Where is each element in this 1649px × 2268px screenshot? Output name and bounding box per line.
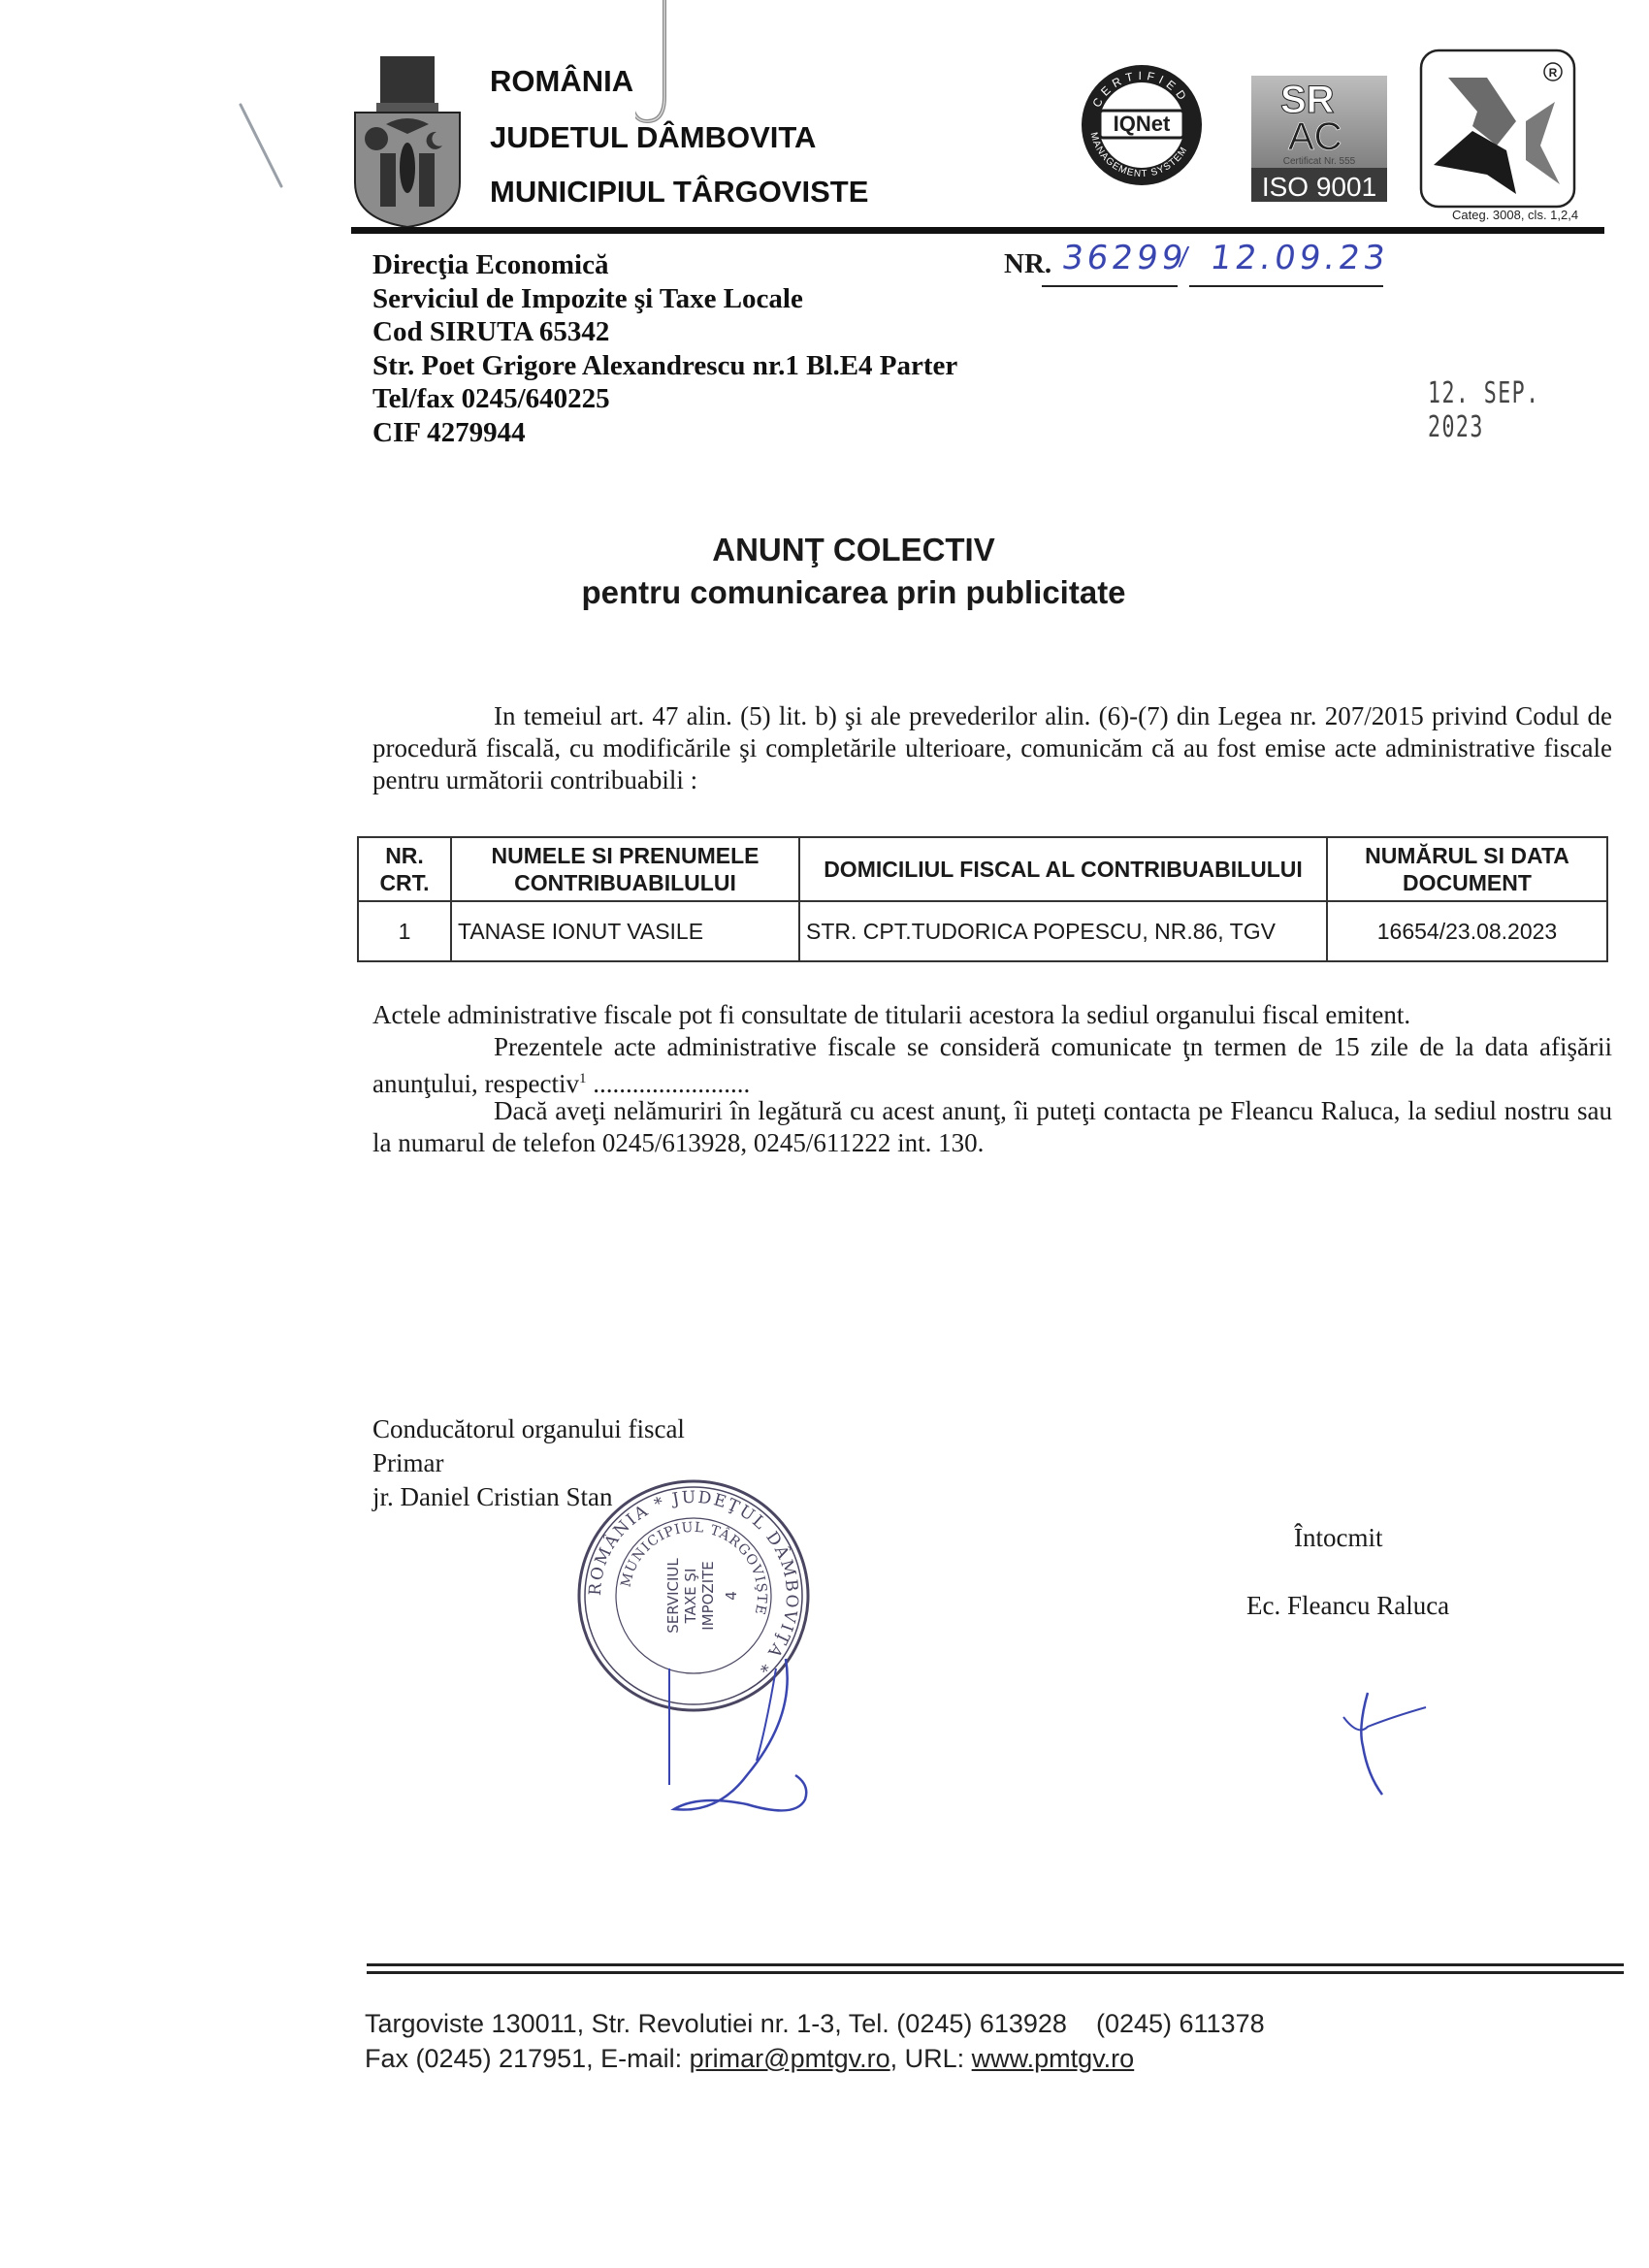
svg-text:R: R — [1549, 66, 1558, 80]
registration-number: 36299 — [1059, 239, 1189, 277]
registration-separator: / — [1178, 243, 1194, 272]
date-stamp: 12. SEP. 2023 — [1428, 376, 1587, 444]
table-header-row: NR. CRT. NUMELE SI PRENUMELE CONTRIBUABI… — [358, 837, 1607, 901]
registration-date: 12.09.23 — [1208, 239, 1391, 277]
coat-of-arms-icon — [351, 47, 464, 229]
srac-iso-9001-logo-icon: SR AC Certificat Nr. 555 ISO 9001 — [1251, 76, 1387, 202]
col-header-address: DOMICILIUL FISCAL AL CONTRIBUABILULUI — [799, 837, 1327, 901]
col-header-document: NUMĂRUL SI DATA DOCUMENT — [1327, 837, 1607, 901]
mayor-signature — [660, 1649, 883, 1843]
header-county: JUDETUL DÂMBOVITA — [490, 120, 816, 155]
svg-text:SERVICIUL: SERVICIUL — [664, 1558, 682, 1634]
preparer-signature — [1339, 1688, 1445, 1804]
svg-text:Certificat Nr. 555: Certificat Nr. 555 — [1283, 156, 1356, 167]
intro-paragraph: In temeiul art. 47 alin. (5) lit. b) şi … — [372, 700, 1612, 796]
category-label: Categ. 3008, cls. 1,2,4 — [1452, 208, 1578, 222]
footer-email-link[interactable]: primar@pmtgv.ro — [690, 2044, 890, 2073]
prepared-by-name: Ec. Fleancu Raluca — [1246, 1591, 1449, 1621]
signatory-role: Conducătorul organului fiscal — [372, 1412, 685, 1446]
footer: Targoviste 130011, Str. Revolutiei nr. 1… — [365, 2006, 1265, 2076]
svg-text:IMPOZITE: IMPOZITE — [699, 1561, 717, 1631]
sender-cif: CIF 4279944 — [372, 416, 957, 450]
footer-rule-bottom — [367, 1971, 1624, 1974]
header-municipality: MUNICIPIUL TÂRGOVISTE — [490, 175, 868, 210]
paperclip-icon — [635, 0, 694, 136]
cell-document: 16654/23.08.2023 — [1327, 901, 1607, 961]
scan-scratch-mark — [233, 97, 291, 194]
footer-url-link[interactable]: www.pmtgv.ro — [972, 2044, 1135, 2073]
document-title: ANUNŢ COLECTIV — [0, 532, 1649, 568]
prepared-by-label: Întocmit — [1294, 1523, 1382, 1553]
col-header-name: NUMELE SI PRENUMELE CONTRIBUABILULUI — [451, 837, 799, 901]
consult-paragraph: Actele administrative fiscale pot fi con… — [372, 999, 1612, 1031]
svg-text:AC: AC — [1288, 115, 1342, 158]
sender-service: Serviciul de Impozite şi Taxe Locale — [372, 282, 957, 316]
footer-contact: Fax (0245) 217951, E-mail: primar@pmtgv.… — [365, 2041, 1265, 2076]
svg-text:TAXE ŞI: TAXE ŞI — [682, 1569, 699, 1625]
svg-text:4: 4 — [723, 1591, 740, 1601]
cell-nr: 1 — [358, 901, 451, 961]
header-rule — [351, 227, 1604, 234]
taxpayers-table: NR. CRT. NUMELE SI PRENUMELE CONTRIBUABI… — [357, 836, 1608, 962]
company-x-logo-icon: R — [1419, 49, 1576, 209]
communication-paragraph: Prezentele acte administrative fiscale s… — [372, 1031, 1612, 1100]
svg-text:ISO 9001: ISO 9001 — [1262, 172, 1376, 202]
registration-label: NR. — [1004, 248, 1051, 280]
registration-number-underline — [1042, 285, 1178, 287]
col-header-nr: NR. CRT. — [358, 837, 451, 901]
sender-department: Direcţia Economică — [372, 248, 957, 282]
cell-name: TANASE IONUT VASILE — [451, 901, 799, 961]
sender-siruta: Cod SIRUTA 65342 — [372, 315, 957, 349]
sender-phone: Tel/fax 0245/640225 — [372, 382, 957, 416]
registration-date-underline — [1189, 285, 1383, 287]
sender-address: Str. Poet Grigore Alexandrescu nr.1 Bl.E… — [372, 349, 957, 383]
sender-block: Direcţia Economică Serviciul de Impozite… — [372, 248, 957, 449]
header-country: ROMÂNIA — [490, 64, 633, 99]
cell-address: STR. CPT.TUDORICA POPESCU, NR.86, TGV — [799, 901, 1327, 961]
footer-rule-top — [367, 1963, 1624, 1966]
footer-address: Targoviste 130011, Str. Revolutiei nr. 1… — [365, 2006, 1265, 2041]
iqnet-label: IQNet — [1114, 112, 1171, 136]
iqnet-certified-logo-icon: IQNet CERTIFIED MANAGEMENT SYSTEM — [1079, 62, 1205, 188]
document-subtitle: pentru comunicarea prin publicitate — [0, 574, 1649, 611]
contact-paragraph: Dacă aveţi nelămuriri în legătură cu ace… — [372, 1095, 1612, 1159]
table-row: 1 TANASE IONUT VASILE STR. CPT.TUDORICA … — [358, 901, 1607, 961]
